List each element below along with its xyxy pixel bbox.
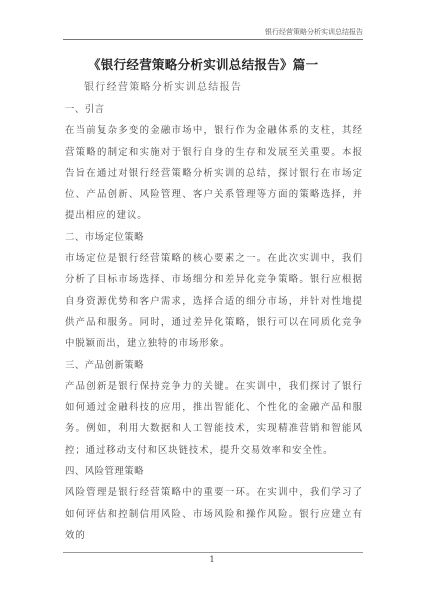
- document-title: 《银行经营策略分析实训总结报告》篇一: [0, 56, 424, 74]
- section-body-intro: 在当前复杂多变的金融市场中，银行作为金融体系的支柱，其经营策略的制定和实施对于银…: [65, 120, 363, 226]
- document-body: 一、引言 在当前复杂多变的金融市场中，银行作为金融体系的支柱，其经营策略的制定和…: [65, 99, 363, 546]
- section-body-product-innovation: 产品创新是银行保持竞争力的关键。在实训中，我们探讨了银行如何通过金融科技的应用，…: [65, 376, 363, 461]
- document-title-text: 《银行经营策略分析实训总结报告》篇一: [88, 56, 424, 74]
- section-body-market-positioning: 市场定位是银行经营策略的核心要素之一。在此次实训中，我们分析了目标市场选择、市场…: [65, 248, 363, 354]
- section-heading-market-positioning: 二、市场定位策略: [65, 227, 363, 248]
- header-divider: [63, 39, 363, 40]
- footer-divider: [63, 552, 363, 553]
- section-heading-product-innovation: 三、产品创新策略: [65, 355, 363, 376]
- running-header: 银行经营策略分析实训总结报告: [63, 26, 363, 38]
- document-subtitle: 银行经营策略分析实训总结报告: [84, 80, 242, 96]
- page-number: 1: [0, 555, 424, 564]
- section-body-risk-management: 风险管理是银行经营策略中的重要一环。在实训中，我们学习了如何评估和控制信用风险、…: [65, 482, 363, 546]
- section-heading-risk-management: 四、风险管理策略: [65, 461, 363, 482]
- section-heading-intro: 一、引言: [65, 99, 363, 120]
